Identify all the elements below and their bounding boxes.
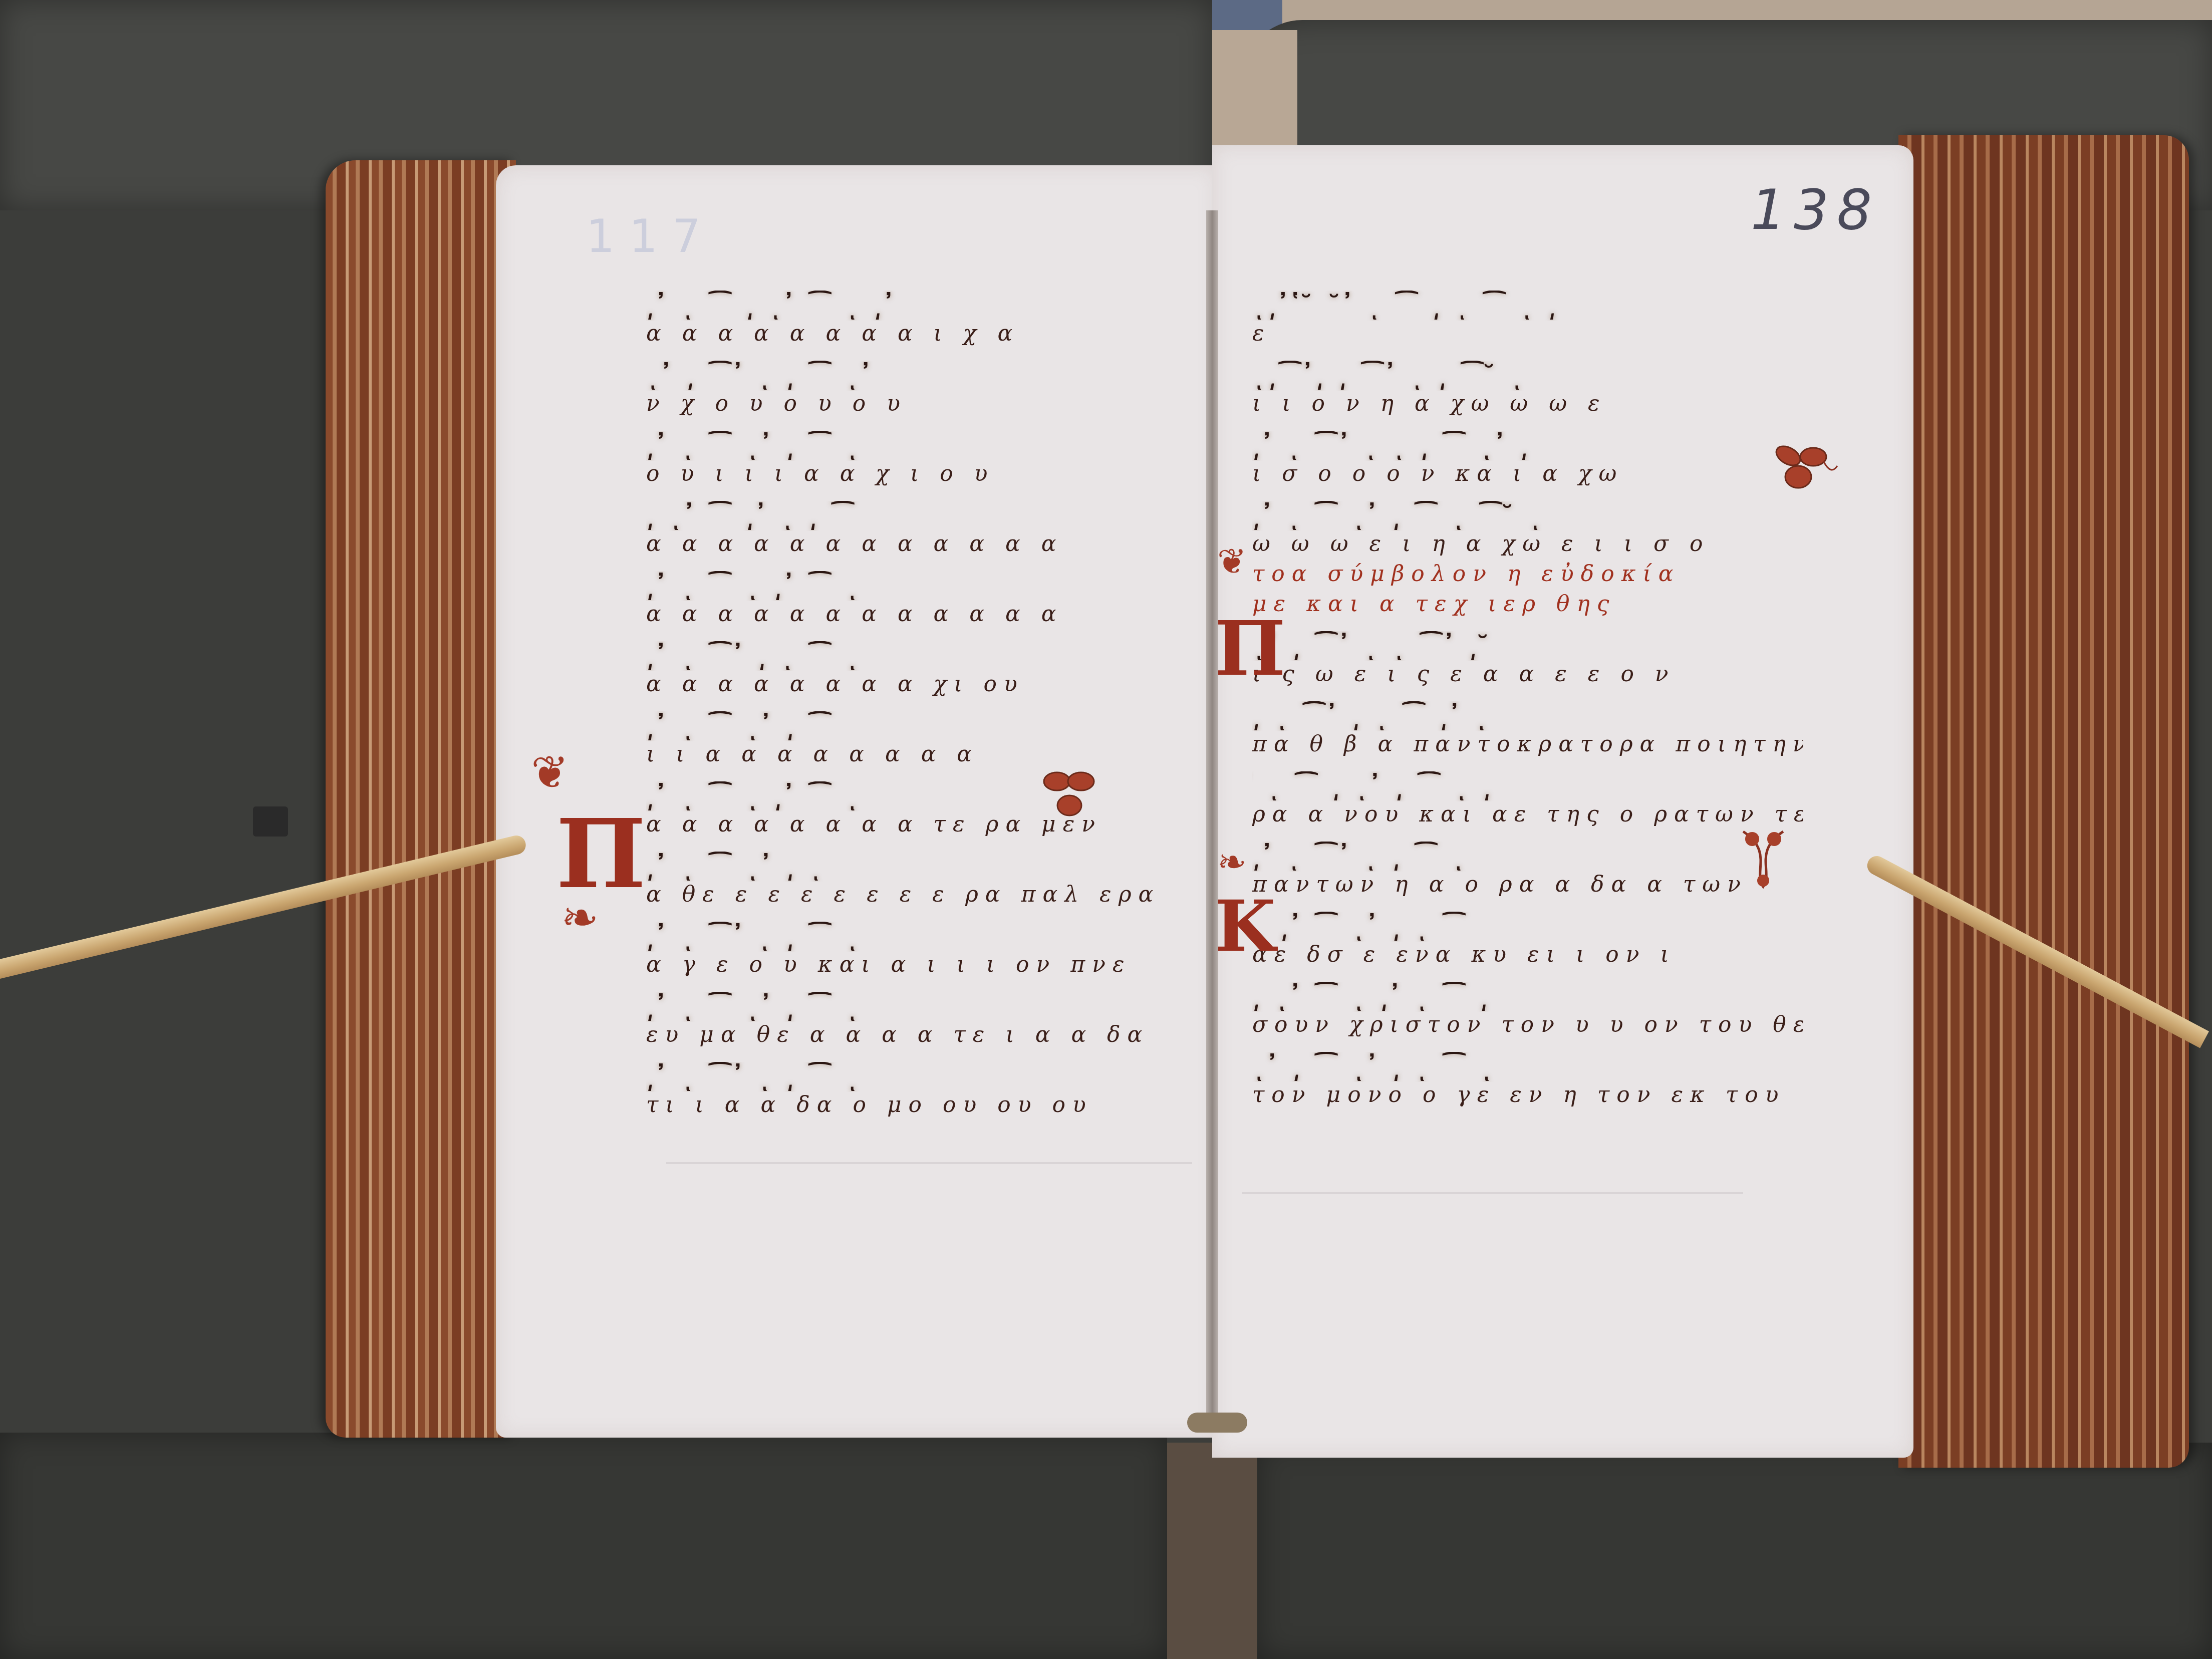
- red-initial-kappa: Κ: [1215, 892, 1276, 962]
- neume-line: ͵ ͺ ⁀ ̓ ͵ ͺ ⁀ ͵ ̓ ͺ: [1252, 701, 1803, 731]
- lyric-line: παντων η α ο ρα α δα α των: [1252, 872, 1803, 902]
- lyric-line: πα θ β α παντοκρατορα ποιητην ου: [1252, 731, 1803, 761]
- lyric-line: ν χ ο υ ο υ ο υ: [646, 391, 1212, 421]
- right-page-block-edge: [1898, 135, 2189, 1468]
- lyric-line: α α α α α α α α χι ου: [646, 671, 1212, 701]
- foam-support-bottom-left: [0, 1433, 1167, 1659]
- knot-ornament-icon: [1733, 821, 1793, 892]
- neume-line: ͵ ̓ ͺ ⁀ ̓ ͺ ͵ ⁀ ͺ: [646, 1062, 1212, 1092]
- neume-line: ͵ ͺ ̓ ⁀ ͺ ͵ ̓ ͺ ⁀ ͵: [1252, 982, 1803, 1012]
- neume-line: ̓ ͺ ⁀ ͵ ͺ ̓ ͵ ⁀ ͺ ͵: [1252, 771, 1803, 801]
- lyric-line: α α α α α α α α τε ρα μεν: [646, 811, 1212, 842]
- neume-line: ͵ ̓ ͺ ⁀ ͺ ̓ ͵ ⁀ ͺ: [646, 431, 1212, 461]
- left-page-text: ͵ ̓ ͺ ⁀ ͵ ͺ ̓ ⁀ ͺ ͵ ̓ α α α α α α α α ι …: [646, 281, 1212, 1122]
- lyric-line: α α α α α α α α α α α α: [646, 601, 1212, 631]
- lyric-line: ω ω ω ε ι η α χω ε ι ι σ ο: [1252, 531, 1803, 561]
- neume-line: ͺ ̓ ͵ ⁀ ̓ ͺ ͺ ⁀ ̓ ͵ ̆: [1252, 631, 1803, 661]
- neume-line: ͵ ̓ ͺ ⁀ ̓ ͺ ͵ ⁀ ͺ: [1252, 842, 1803, 872]
- neume-line: ͵ ̓ ͺ ⁀ ͵ ͺ ̓ ⁀ ͺ ͵ ̓: [646, 291, 1212, 321]
- red-flourish-icon: ❧: [1217, 842, 1247, 883]
- lyric-line: α γ ε ο υ και α ι ι ι ον πνε: [646, 952, 1212, 982]
- neume-line: ͵ ̓ ͺ ⁀ ̓ ͵ ͺ ⁀ ͺ: [646, 641, 1212, 671]
- neume-line: ͵ ̓ ͺ ⁀ ͺ ͵ ̓ ⁀ ͺ: [646, 781, 1212, 811]
- neume-line: ͵ ̓ ͺ ⁀ ̓ ͺ ͺ ͵ ⁀ ͺ ̓ ͵: [1252, 431, 1803, 461]
- trefoil-ornament-icon: [1042, 766, 1097, 821]
- rubric-line: με και α τεχ ιερ θης: [1252, 591, 1803, 621]
- lyric-line: ι ς ω ε ι ς ε α α ε ε ο ν: [1252, 661, 1803, 691]
- red-flourish-icon: ❧: [561, 892, 599, 944]
- red-flourish-icon: ❦: [1217, 541, 1247, 582]
- neume-line: ͺ ̓ ͵ ⁀ ͺ ̓ ͵ ͺ ⁀ ͺ: [1252, 1052, 1803, 1082]
- blind-ruling-line: [1242, 1192, 1743, 1194]
- lyric-line: α θε ε ε ε ε ε ε ε ρα παλ ερα: [646, 882, 1212, 912]
- neume-line: ͵ ̓ ͺ ⁀ ͺ ̓ ͵ ⁀: [646, 711, 1212, 741]
- lyric-line: ι σ ο ο ο ν κα ι α χω: [1252, 461, 1803, 491]
- blind-ruling-line: [666, 1162, 1192, 1164]
- neume-line: ͵ ͺ ̓ ⁀ ͵ ̓ ͺ ͵ ⁀: [646, 501, 1212, 531]
- rubric-line: τοα σύμβολον η εὐδοκία: [1252, 561, 1803, 591]
- cardboard-divider-bottom: [1167, 1443, 1257, 1659]
- lyric-line: ι ι α α α α α α α α: [646, 741, 1212, 771]
- book-clasp: [253, 806, 288, 837]
- lyric-line: α α α α α α α α ι χ α: [646, 321, 1212, 351]
- faint-offset-folio-number: 1 1 7: [586, 210, 701, 263]
- lyric-line: αε δσ ε ενα κυ ει ι ον ι: [1252, 942, 1803, 972]
- lyric-line: τον μονο ο γε εν η τον εκ του: [1252, 1082, 1803, 1112]
- neume-line: ͺ ̓ ͵ ⁀ ̓ ͺ ͵ ⁀ ͺ ̓: [646, 361, 1212, 391]
- foam-support-bottom-right: [1257, 1443, 2212, 1659]
- red-initial-pi: Π: [556, 806, 646, 902]
- red-initial-pi: Π: [1215, 611, 1286, 686]
- headband: [1187, 1413, 1247, 1433]
- neume-line: ͺ ͵ ̓ ⁀ ͺ ̓ ͵ ͺ ⁀: [1252, 912, 1803, 942]
- butterfly-ornament-icon: [1773, 441, 1838, 496]
- neume-line: ͵ ̓ ͺ ⁀ ̓ ͺ ͵ ⁀ ͺ: [646, 922, 1212, 952]
- left-page-block-edge: [326, 160, 516, 1438]
- lyric-line: σουν χριστον τον υ υ ον του θε ε ου: [1252, 1012, 1803, 1042]
- neume-line: ͺ͵ ̓ ̔ ̆ ˘ ̓ ͺ ⁀ ͵ ͺ ⁀ ͺ ͵: [1252, 291, 1803, 321]
- neume-line: ͺ͵⁀ ̓͵ ͵ ⁀ ̓ ͺ ͵ ⁀ ̆ ͺ: [1252, 361, 1803, 391]
- neume-line: ͵ ̓ ͺ ⁀ ͺ ̓ ͵ ⁀ ͺ: [646, 992, 1212, 1022]
- lyric-line: τι ι α α δα ο μο ου ου ου: [646, 1092, 1212, 1122]
- folio-number: 138: [1751, 178, 1880, 242]
- lyric-line: ι ι ο ν η α χω ω ω ε: [1252, 391, 1803, 421]
- neume-line: ͵ ̓ ͺ ⁀ ͺ ̓ ͵ ⁀ ͺ ⁀ ̆ ͺ: [1252, 501, 1803, 531]
- lyric-line: ο υ ι ι ι α α χ ι ο υ: [646, 461, 1212, 491]
- lyric-line: ρα α νου και αε της ο ρατων τε: [1252, 801, 1803, 832]
- neume-line: ͵ ̓ ͺ ⁀ ͺ ̓ ͵ ͺ: [646, 852, 1212, 882]
- red-flourish-icon: ❦: [531, 746, 569, 799]
- lyric-line: ευ μα θε α α α α τε ι α α δα: [646, 1022, 1212, 1052]
- neume-line: ͵ ̓ ͺ ⁀ ͺ ͵ ̓ ⁀ ͺ: [646, 571, 1212, 601]
- lyric-line: α α α α α α α α α α α α: [646, 531, 1212, 561]
- right-page-text: ͺ͵ ̓ ̔ ̆ ˘ ̓ ͺ ⁀ ͵ ͺ ⁀ ͺ ͵ ε ͺ͵⁀ ̓͵ ͵ ⁀ …: [1252, 281, 1803, 1112]
- lyric-line: ε: [1252, 321, 1803, 351]
